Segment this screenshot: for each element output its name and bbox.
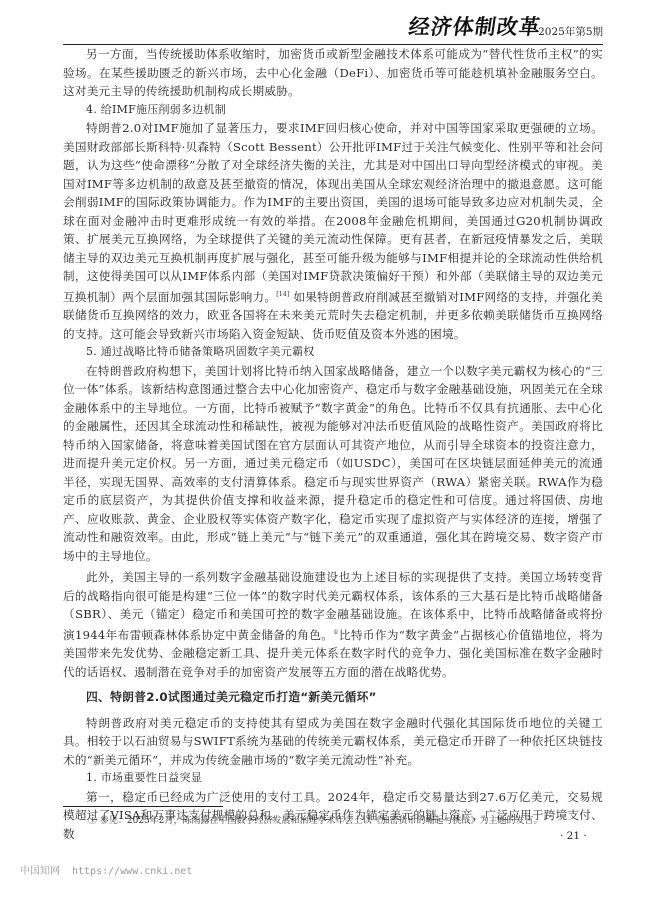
journal-title: 经济体制改革 bbox=[407, 11, 543, 41]
article-body: 另一方面，当传统援助体系收缩时，加密货币或新型金融技术体系可能成为“替代性货币主… bbox=[63, 45, 603, 843]
subheading: 4. 给IMF施压削弱多边机制 bbox=[63, 101, 603, 120]
subheading: 1. 市场重要性日益突显 bbox=[63, 769, 603, 788]
paragraph: 另一方面，当传统援助体系收缩时，加密货币或新型金融技术体系可能成为“替代性货币主… bbox=[63, 45, 603, 101]
page-number: · 21 · bbox=[560, 830, 587, 842]
paragraph: 在特朗普政府构想下，美国计划将比特币纳入国家战略储备，建立一个以数字美元霸权为核… bbox=[63, 362, 603, 566]
paragraph: 此外，美国主导的一系列数字金融基础设施建设也为上述目标的实现提供了支持。美国立场… bbox=[63, 568, 603, 681]
site-name: 中国知网 bbox=[20, 866, 60, 877]
page-header: 经济体制改革 2025年第5期 bbox=[63, 12, 603, 45]
site-url[interactable]: https://www.cnki.net bbox=[72, 866, 192, 877]
section-heading: 四、特朗普2.0试图通过美元稳定币打造“新美元循环” bbox=[63, 688, 603, 707]
cnki-watermark: 中国知网https://www.cnki.net bbox=[20, 862, 192, 877]
paragraph: 特朗普政府对美元稳定币的支持使其有望成为美国在数字金融时代强化其国际货币地位的关… bbox=[63, 714, 603, 770]
citation-ref[interactable]: [14] bbox=[276, 291, 289, 298]
subheading: 5. 通过战略比特币储备策略巩固数字美元霸权 bbox=[63, 343, 603, 362]
issue-label: 2025年第5期 bbox=[538, 24, 603, 39]
footnote-divider bbox=[63, 806, 223, 807]
paragraph: 特朗普2.0对IMF施加了显著压力，要求IMF回归核心使命，并对中国等国家采取更… bbox=[63, 119, 603, 343]
footnote: ① 参见：2025年2月，陈雨露在中国数字经济发展和治理学术年会上以《加密货币的… bbox=[88, 813, 543, 826]
